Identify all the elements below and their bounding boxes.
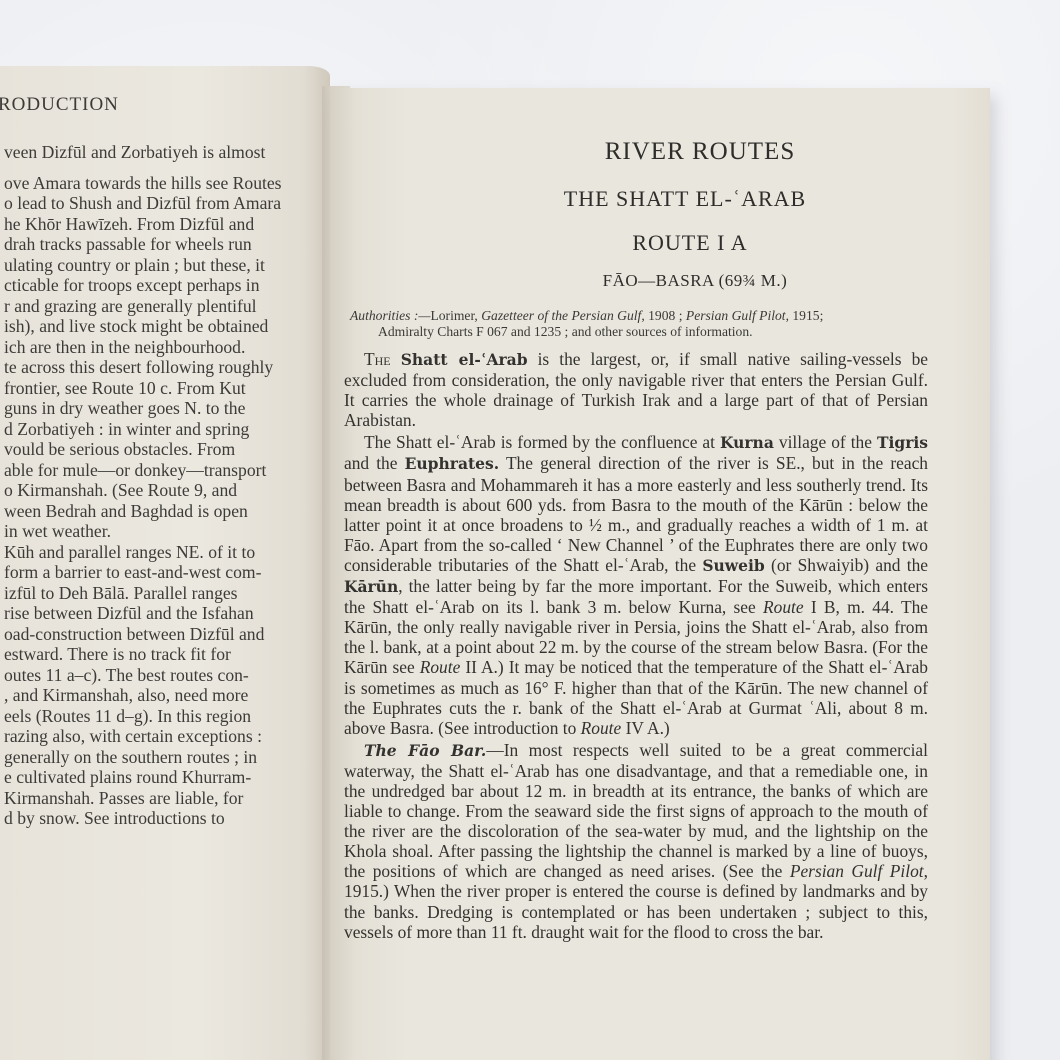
left-page-line: frontier, see Route 10 c. From Kut	[4, 378, 324, 399]
authorities-note: Authorities :—Lorimer, Gazetteer of the …	[350, 308, 926, 340]
route-subtitle: FĀO—BASRA (69¾ M.)	[530, 271, 860, 291]
left-page-line: drah tracks passable for wheels run	[4, 234, 324, 255]
left-page-line: Kirmanshah. Passes are liable, for	[4, 788, 324, 809]
left-page-line: d by snow. See introductions to	[4, 808, 324, 829]
left-page-line: oad-construction between Dizfūl and	[4, 624, 324, 645]
left-page-line: , and Kirmanshah, also, need more	[4, 685, 324, 706]
left-book-page: RODUCTION veen Dizfūl and Zorbatiyeh is …	[0, 66, 330, 1060]
running-head: RIVER ROUTES	[520, 138, 880, 166]
term-tigris: Tigris	[877, 433, 928, 452]
section-title: THE SHATT EL-ʿARAB	[480, 186, 890, 212]
left-running-head: RODUCTION	[0, 94, 119, 116]
term-karun: Kārūn	[344, 577, 398, 596]
left-page-line: vould be serious obstacles. From	[4, 439, 324, 460]
paragraph-fao-bar: The Fāo Bar.—In most respects well suite…	[344, 740, 928, 942]
left-page-line: ich are then in the neighbourhood.	[4, 337, 324, 358]
left-page-line: eels (Routes 11 d–g). In this region	[4, 706, 324, 727]
left-page-line: r and grazing are generally plentiful	[4, 296, 324, 317]
left-page-text: veen Dizfūl and Zorbatiyeh is almost ove…	[4, 142, 324, 829]
left-page-line: generally on the southern routes ; in	[4, 747, 324, 768]
left-page-line: estward. There is no track fit for	[4, 644, 324, 665]
fao-bar-heading: The Fāo Bar.	[364, 741, 486, 760]
left-page-line: guns in dry weather goes N. to the	[4, 398, 324, 419]
left-page-line: form a barrier to east-and-west com-	[4, 562, 324, 583]
left-page-line: o lead to Shush and Dizfūl from Amara	[4, 193, 324, 214]
left-page-line: in wet weather.	[4, 521, 324, 542]
left-page-line: he Khōr Hawīzeh. From Dizfūl and	[4, 214, 324, 235]
left-page-line: te across this desert following roughly	[4, 357, 324, 378]
left-page-line: veen Dizfūl and Zorbatiyeh is almost	[4, 142, 324, 163]
left-page-line: Kūh and parallel ranges NE. of it to	[4, 542, 324, 563]
left-page-line: cticable for troops except perhaps in	[4, 275, 324, 296]
left-page-line: ulating country or plain ; but these, it	[4, 255, 324, 276]
authorities-label: Authorities :—	[350, 308, 430, 323]
left-page-line: o Kirmanshah. (See Route 9, and	[4, 480, 324, 501]
left-page-line: razing also, with certain exceptions :	[4, 726, 324, 747]
left-page-line: ish), and live stock might be obtained	[4, 316, 324, 337]
paragraph-confluence: The Shatt el-ʿArab is formed by the conf…	[344, 432, 928, 737]
term-shatt-el-arab: Shatt el-ʿArab	[401, 350, 528, 369]
term-suweib: Suweib	[702, 556, 764, 575]
term-kurna: Kurna	[720, 433, 774, 452]
left-page-line: ween Bedrah and Baghdad is open	[4, 501, 324, 522]
left-page-line: able for mule—or donkey—transport	[4, 460, 324, 481]
route-title: ROUTE I A	[520, 230, 860, 256]
left-page-line: ove Amara towards the hills see Routes	[4, 173, 324, 194]
left-page-line: d Zorbatiyeh : in winter and spring	[4, 419, 324, 440]
term-euphrates: Euphrates.	[405, 454, 500, 473]
left-page-line: e cultivated plains round Khurram-	[4, 767, 324, 788]
right-book-page: RIVER ROUTES THE SHATT EL-ʿARAB ROUTE I …	[330, 88, 990, 1060]
left-page-line: izfūl to Deh Bālā. Parallel ranges	[4, 583, 324, 604]
body-text: The Shatt el-ʿArab is the largest, or, i…	[344, 349, 928, 942]
left-page-line: rise between Dizfūl and the Isfahan	[4, 603, 324, 624]
left-page-line: outes 11 a–c). The best routes con-	[4, 665, 324, 686]
left-page-line	[4, 163, 324, 173]
paragraph-intro: The Shatt el-ʿArab is the largest, or, i…	[344, 349, 928, 430]
